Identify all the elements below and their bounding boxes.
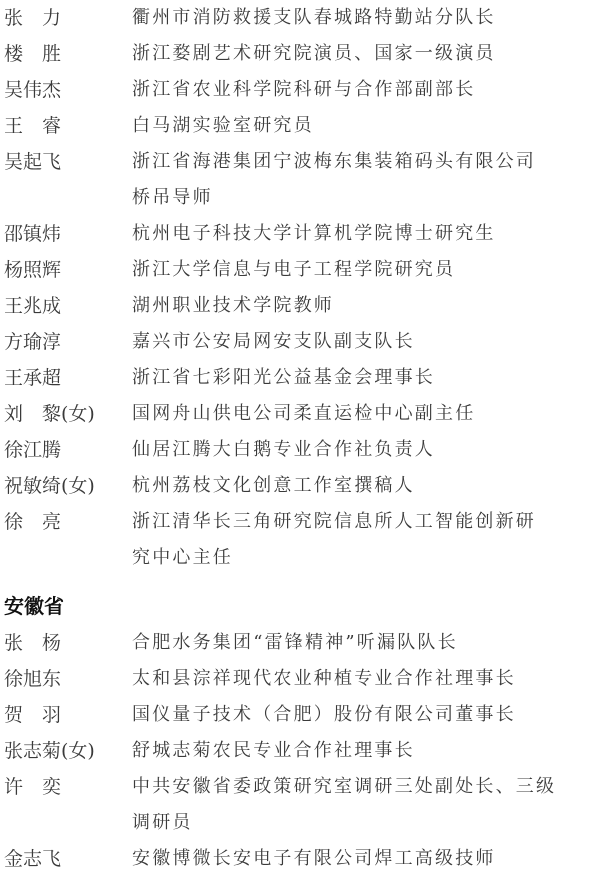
list-item: 徐旭东 太和县淙祥现代农业种植专业合作社理事长 bbox=[0, 661, 600, 697]
person-title-continued: 桥吊导师 bbox=[132, 180, 592, 216]
list-item: 祝敏绮(女) 杭州荔枝文化创意工作室撰稿人 bbox=[0, 468, 600, 504]
person-title-continued: 究中心主任 bbox=[132, 540, 592, 576]
person-title: 舒城志菊农民专业合作社理事长 bbox=[132, 733, 592, 769]
person-name: 徐旭东 bbox=[4, 661, 61, 697]
list-item: 王 睿 白马湖实验室研究员 bbox=[0, 108, 600, 144]
person-name: 吴伟杰 bbox=[4, 72, 61, 108]
list-item: 吴伟杰 浙江省农业科学院科研与合作部副部长 bbox=[0, 72, 600, 108]
person-name: 张志菊(女) bbox=[4, 733, 95, 769]
list-item: 王兆成 湖州职业技术学院教师 bbox=[0, 288, 600, 324]
list-item: 贺 羽 国仪量子技术（合肥）股份有限公司董事长 bbox=[0, 697, 600, 733]
list-item-continuation: 调研员 bbox=[0, 805, 600, 841]
person-title: 太和县淙祥现代农业种植专业合作社理事长 bbox=[132, 661, 592, 697]
person-name: 刘 黎(女) bbox=[4, 396, 95, 432]
person-title: 浙江省海港集团宁波梅东集装箱码头有限公司 bbox=[132, 144, 592, 180]
person-name: 王兆成 bbox=[4, 288, 61, 324]
list-item: 吴起飞 浙江省海港集团宁波梅东集装箱码头有限公司 bbox=[0, 144, 600, 180]
person-title: 浙江大学信息与电子工程学院研究员 bbox=[132, 252, 592, 288]
person-title: 浙江省七彩阳光公益基金会理事长 bbox=[132, 360, 592, 396]
list-item: 杨照辉 浙江大学信息与电子工程学院研究员 bbox=[0, 252, 600, 288]
person-name: 杨照辉 bbox=[4, 252, 61, 288]
person-title: 湖州职业技术学院教师 bbox=[132, 288, 592, 324]
list-item-continuation: 桥吊导师 bbox=[0, 180, 600, 216]
list-item: 张志菊(女) 舒城志菊农民专业合作社理事长 bbox=[0, 733, 600, 769]
person-title: 白马湖实验室研究员 bbox=[132, 108, 592, 144]
person-title-continued: 调研员 bbox=[132, 805, 592, 841]
list-item: 楼 胜 浙江婺剧艺术研究院演员、国家一级演员 bbox=[0, 36, 600, 72]
person-title: 嘉兴市公安局网安支队副支队长 bbox=[132, 324, 592, 360]
person-title: 浙江婺剧艺术研究院演员、国家一级演员 bbox=[132, 36, 592, 72]
person-name: 徐 亮 bbox=[4, 504, 61, 540]
list-item: 徐 亮 浙江清华长三角研究院信息所人工智能创新研 bbox=[0, 504, 600, 540]
list-item: 刘 黎(女) 国网舟山供电公司柔直运检中心副主任 bbox=[0, 396, 600, 432]
person-name: 张 力 bbox=[4, 0, 61, 36]
person-title: 国网舟山供电公司柔直运检中心副主任 bbox=[132, 396, 592, 432]
person-title: 浙江清华长三角研究院信息所人工智能创新研 bbox=[132, 504, 592, 540]
list-item: 邵镇炜 杭州电子科技大学计算机学院博士研究生 bbox=[0, 216, 600, 252]
person-name: 许 奕 bbox=[4, 769, 61, 805]
person-name: 吴起飞 bbox=[4, 144, 61, 180]
person-name: 邵镇炜 bbox=[4, 216, 61, 252]
list-item: 张 杨 合肥水务集团“雷锋精神”听漏队队长 bbox=[0, 625, 600, 661]
list-item: 王承超 浙江省七彩阳光公益基金会理事长 bbox=[0, 360, 600, 396]
list-item: 徐江腾 仙居江腾大白鹅专业合作社负责人 bbox=[0, 432, 600, 468]
list-item: 金志飞 安徽博微长安电子有限公司焊工高级技师 bbox=[0, 841, 600, 877]
person-name: 张 杨 bbox=[4, 625, 61, 661]
person-name: 王承超 bbox=[4, 360, 61, 396]
person-title: 衢州市消防救援支队春城路特勤站分队长 bbox=[132, 0, 592, 36]
person-title: 杭州电子科技大学计算机学院博士研究生 bbox=[132, 216, 592, 252]
person-name: 贺 羽 bbox=[4, 697, 61, 733]
person-name: 楼 胜 bbox=[4, 36, 61, 72]
person-title: 国仪量子技术（合肥）股份有限公司董事长 bbox=[132, 697, 592, 733]
person-name: 金志飞 bbox=[4, 841, 61, 877]
person-name: 祝敏绮(女) bbox=[4, 468, 95, 504]
person-title: 中共安徽省委政策研究室调研三处副处长、三级 bbox=[132, 769, 592, 805]
list-item: 许 奕 中共安徽省委政策研究室调研三处副处长、三级 bbox=[0, 769, 600, 805]
person-title: 仙居江腾大白鹅专业合作社负责人 bbox=[132, 432, 592, 468]
person-title: 合肥水务集团“雷锋精神”听漏队队长 bbox=[132, 625, 592, 661]
person-name: 王 睿 bbox=[4, 108, 61, 144]
person-title: 浙江省农业科学院科研与合作部副部长 bbox=[132, 72, 592, 108]
list-item: 方瑜淳 嘉兴市公安局网安支队副支队长 bbox=[0, 324, 600, 360]
list-item: 张 力 衢州市消防救援支队春城路特勤站分队长 bbox=[0, 0, 600, 36]
person-name: 方瑜淳 bbox=[4, 324, 61, 360]
person-title: 杭州荔枝文化创意工作室撰稿人 bbox=[132, 468, 592, 504]
list-item-continuation: 究中心主任 bbox=[0, 540, 600, 576]
section-header-anhui: 安徽省 bbox=[4, 588, 64, 624]
person-name: 徐江腾 bbox=[4, 432, 61, 468]
person-title: 安徽博微长安电子有限公司焊工高级技师 bbox=[132, 841, 592, 877]
